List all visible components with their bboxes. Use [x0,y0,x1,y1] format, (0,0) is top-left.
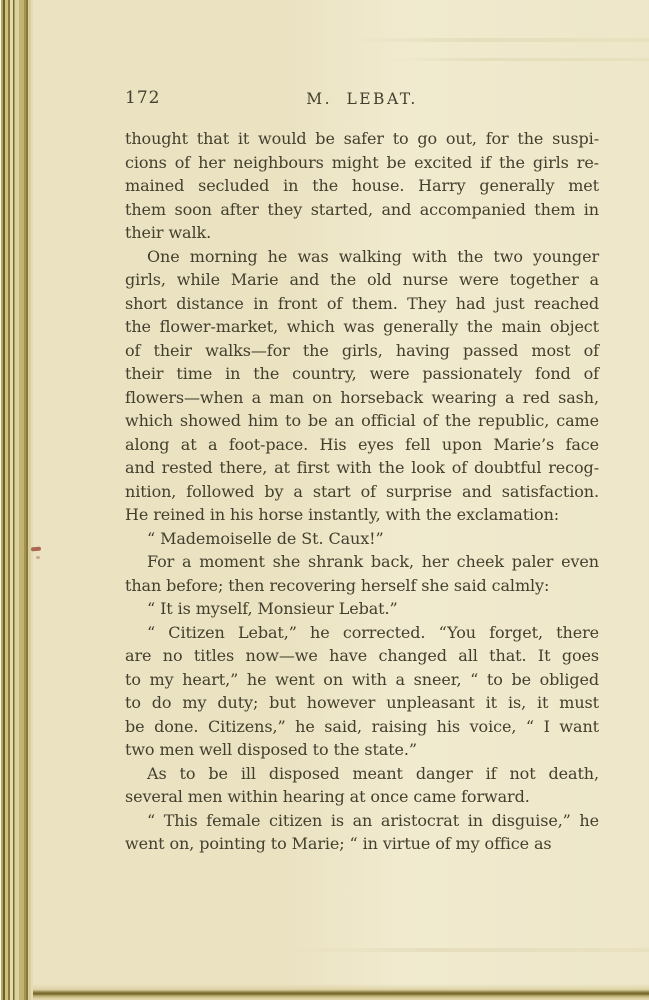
text-line: cions of her neighbours might be excited… [125,151,599,175]
scan-streak [389,58,649,61]
text-line: thought that it would be safer to go out… [125,127,599,151]
red-ink-mark [31,547,41,552]
text-line: nition, followed by a start of surprise … [125,480,599,504]
text-line: two men well disposed to the state.” [125,738,599,762]
paragraph: As to be ill disposed meant danger if no… [125,762,599,809]
scan-streak [350,38,649,42]
text-line: “ It is myself, Monsieur Lebat.” [125,597,599,621]
text-line: their time in the country, were passiona… [125,362,599,386]
text-line: than before; then recovering herself she… [125,574,599,598]
paragraph: “ This female citizen is an aristocrat i… [125,809,599,856]
text-line: “ Mademoiselle de St. Caux!” [125,527,599,551]
text-line: girls, while Marie and the old nurse wer… [125,268,599,292]
text-line: the flower-market, which was generally t… [125,315,599,339]
running-header: 172 M. LEBAT. [125,88,599,109]
text-line: several men within hearing at once came … [125,785,599,809]
text-line: them soon after they started, and accomp… [125,198,599,222]
text-line: went on, pointing to Marie; “ in virtue … [125,832,599,856]
text-line: “ This female citizen is an aristocrat i… [125,809,599,833]
paragraph: For a moment she shrank back, her cheek … [125,550,599,597]
paragraph: “ It is myself, Monsieur Lebat.” [125,597,599,621]
text-line: “ Citizen Lebat,” he corrected. “You for… [125,621,599,645]
text-line: flowers—when a man on horseback wearing … [125,386,599,410]
page-content: 172 M. LEBAT. thought that it would be s… [125,88,599,856]
text-line: For a moment she shrank back, her cheek … [125,550,599,574]
text-line: to do my duty; but however unpleasant it… [125,691,599,715]
text-line: are no titles now—we have changed all th… [125,644,599,668]
text-line: their walk. [125,221,599,245]
page-text: thought that it would be safer to go out… [125,127,599,856]
scan-streak [292,948,649,952]
text-line: be done. Citizens,” he said, raising his… [125,715,599,739]
running-title: M. LEBAT. [125,89,599,110]
book-page-edges-left [0,0,33,1000]
paragraph: One morning he was walking with the two … [125,245,599,527]
paragraph: thought that it would be safer to go out… [125,127,599,245]
text-line: of their walks—for the girls, having pas… [125,339,599,363]
text-line: along at a foot-pace. His eyes fell upon… [125,433,599,457]
text-line: mained secluded in the house. Harry gene… [125,174,599,198]
book-page-edges-bottom [33,984,649,1000]
text-line: He reined in his horse instantly, with t… [125,503,599,527]
text-line: to my heart,” he went on with a sneer, “… [125,668,599,692]
red-ink-speck [36,556,40,559]
text-line: short distance in front of them. They ha… [125,292,599,316]
paragraph: “ Citizen Lebat,” he corrected. “You for… [125,621,599,762]
text-line: As to be ill disposed meant danger if no… [125,762,599,786]
text-line: and rested there, at first with the look… [125,456,599,480]
paragraph: “ Mademoiselle de St. Caux!” [125,527,599,551]
text-line: One morning he was walking with the two … [125,245,599,269]
text-line: which showed him to be an official of th… [125,409,599,433]
scanned-book-page: 172 M. LEBAT. thought that it would be s… [0,0,649,1000]
